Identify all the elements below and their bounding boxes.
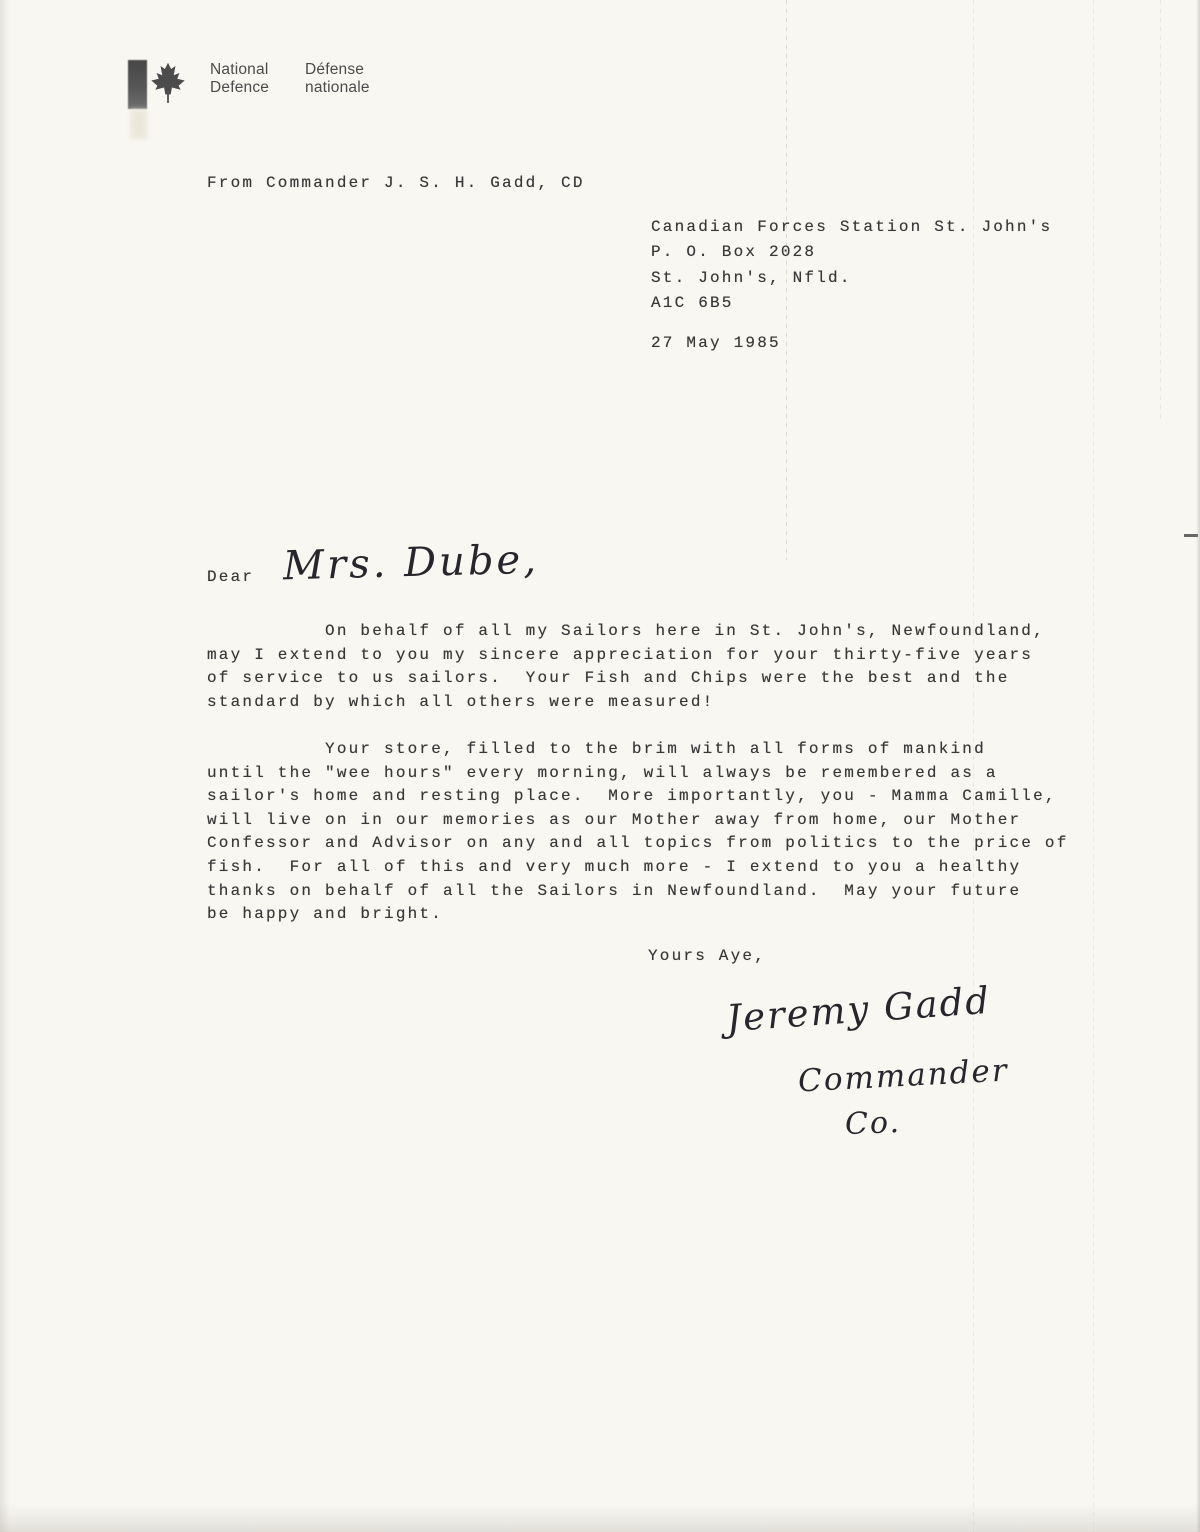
scan-streak	[1160, 0, 1161, 420]
signature-name: Jeremy Gadd	[725, 979, 992, 1040]
signature-rank: Commander	[797, 1053, 1009, 1100]
canada-flag-bar	[128, 60, 147, 109]
scanned-letter-page: National Defence Défense nationale From …	[0, 0, 1200, 1532]
scan-edge-shadow-left	[0, 0, 10, 1532]
return-address: Canadian Forces Station St. John's P. O.…	[651, 215, 1052, 316]
scan-edge-shadow-bottom	[0, 1504, 1200, 1532]
letterhead-french: Défense nationale	[305, 61, 370, 96]
letterhead-english: National Defence	[210, 61, 269, 96]
closing-line: Yours Aye,	[648, 947, 766, 965]
salutation-typed: Dear	[207, 568, 254, 586]
letter-date: 27 May 1985	[651, 334, 781, 352]
scan-edge-shadow-right	[1196, 0, 1200, 1532]
body-paragraph-1: On behalf of all my Sailors here in St. …	[207, 620, 1045, 714]
signature-role: Co.	[844, 1105, 901, 1142]
body-paragraph-2: Your store, filled to the brim with all …	[207, 738, 1069, 927]
flag-smudge	[130, 109, 147, 139]
margin-pen-dash	[1184, 534, 1198, 537]
from-line: From Commander J. S. H. Gadd, CD	[207, 174, 585, 192]
scan-streak	[1093, 0, 1094, 1532]
salutation-name-handwritten: Mrs. Dube,	[282, 537, 539, 590]
maple-leaf-icon	[146, 56, 190, 112]
